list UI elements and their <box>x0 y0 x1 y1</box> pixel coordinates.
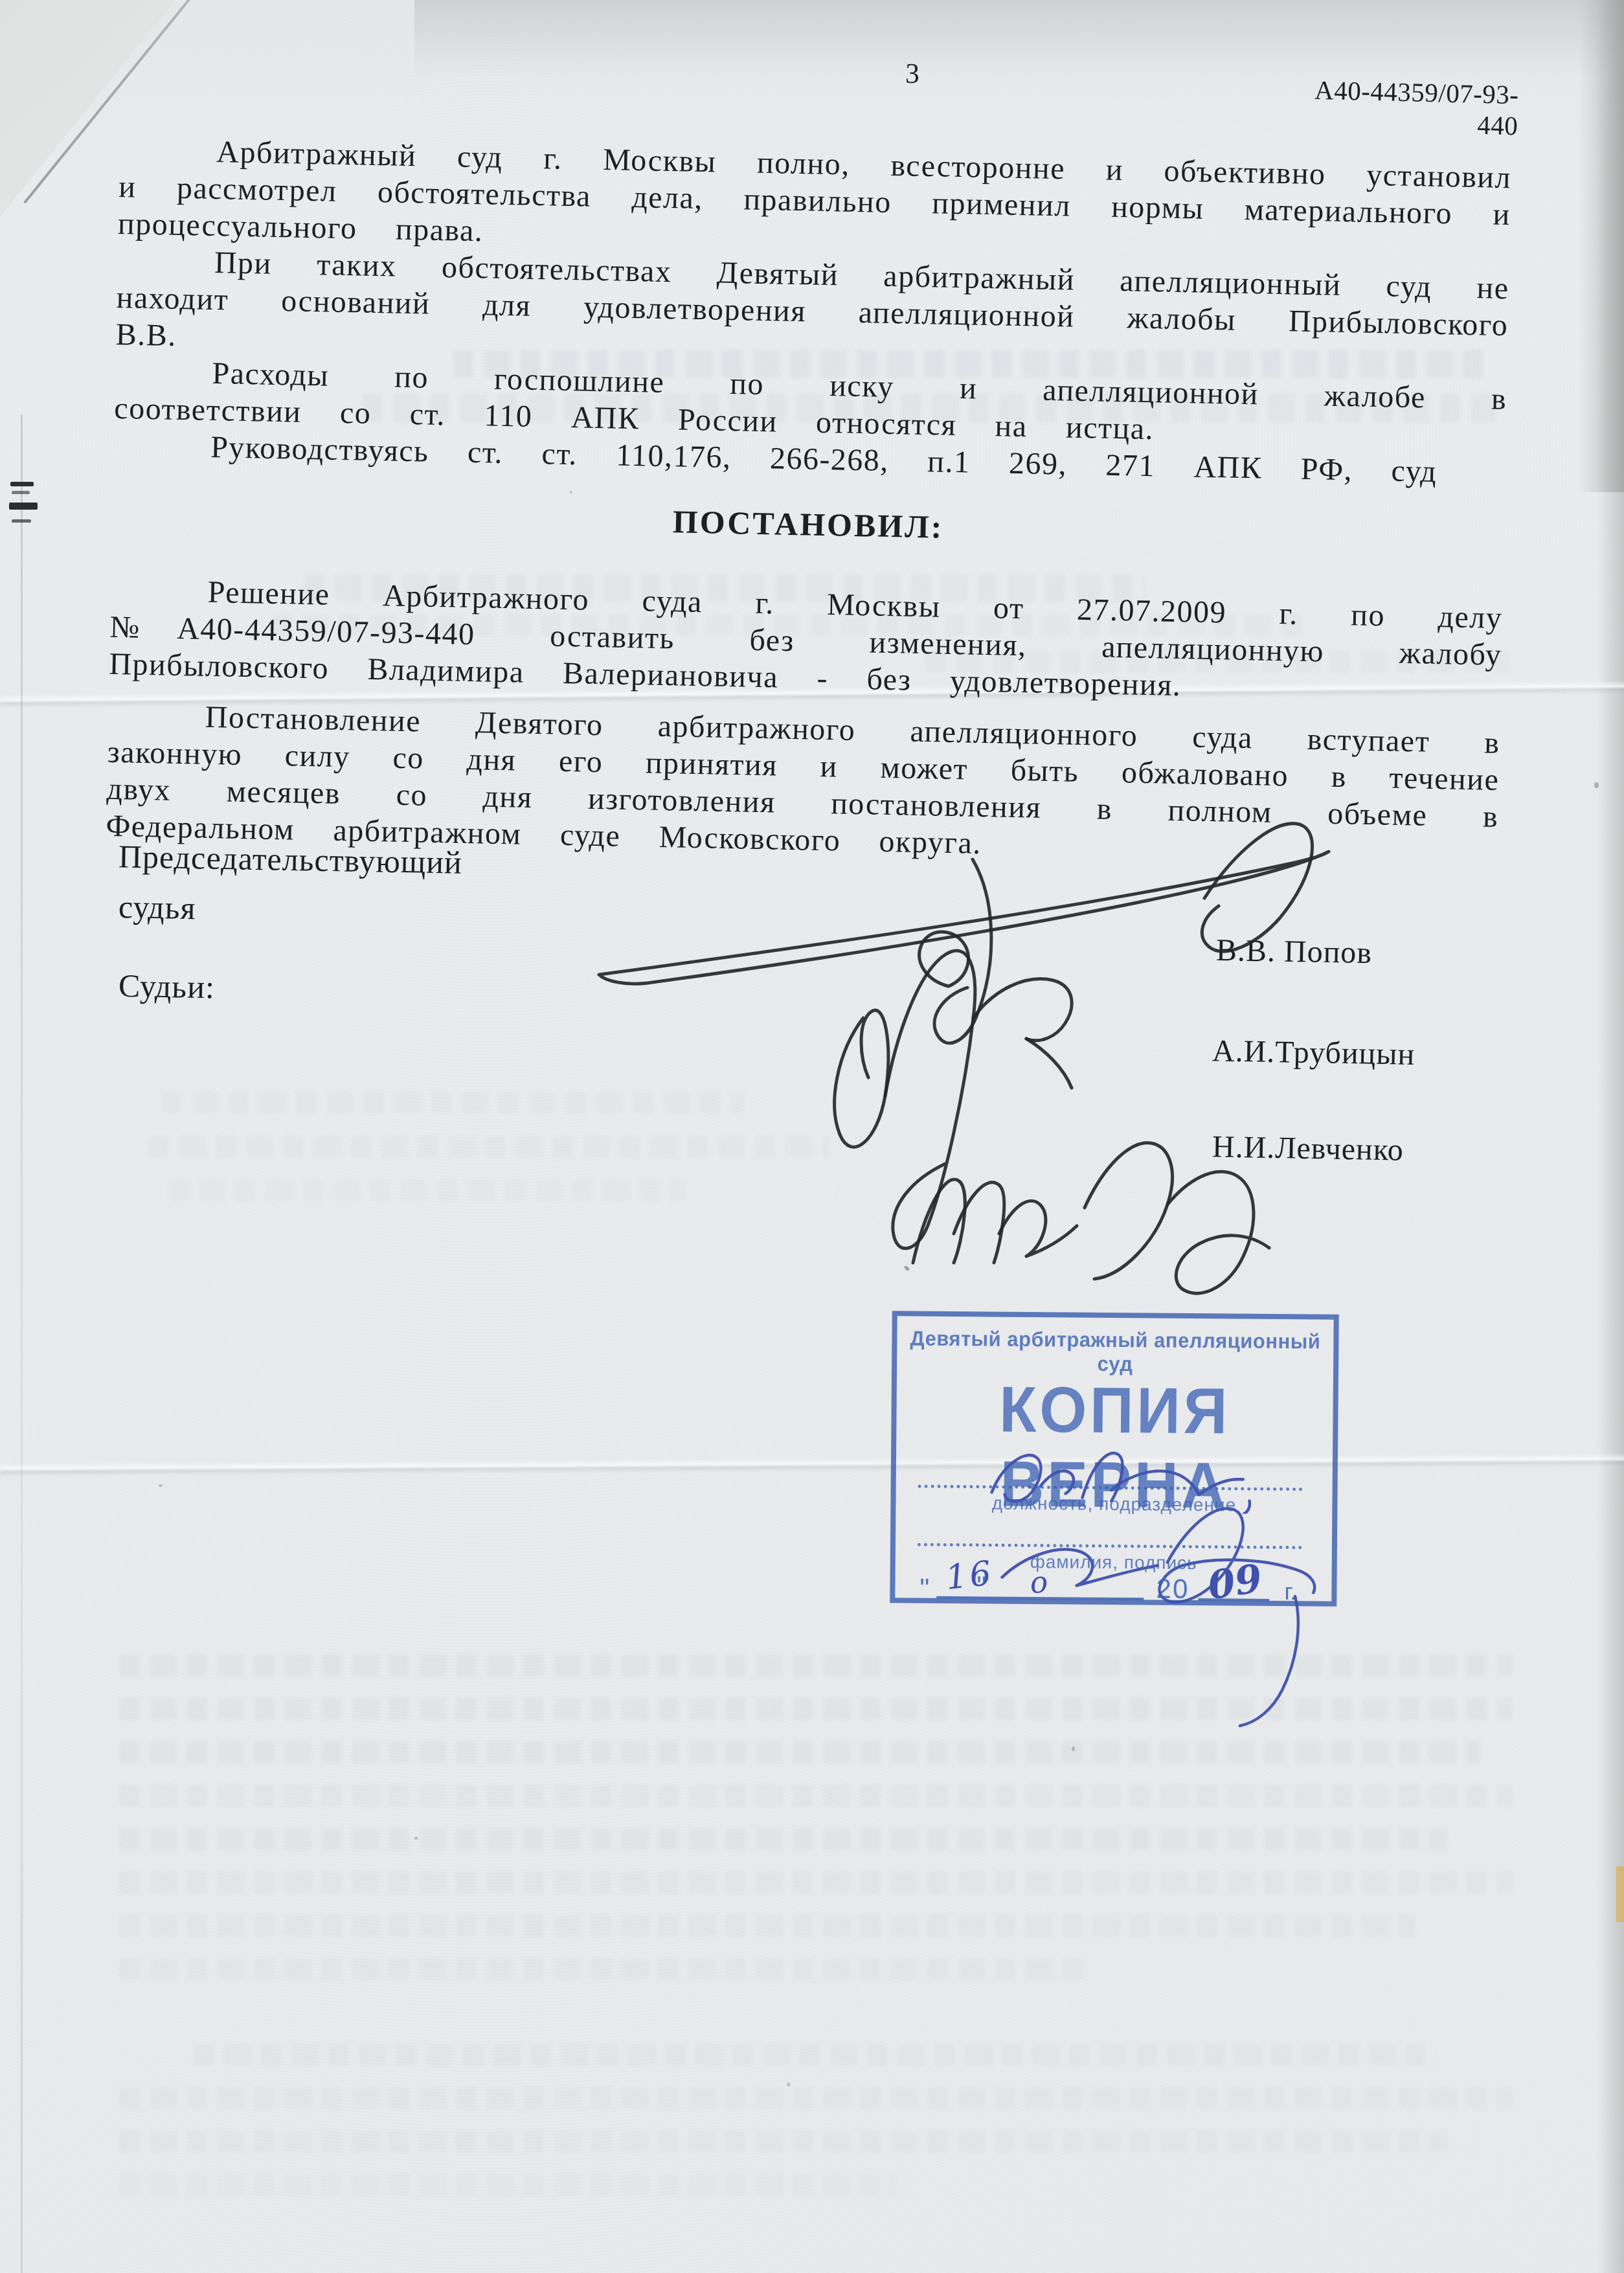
document-body: Арбитражный суд г. Москвы полно, всестор… <box>106 131 1512 872</box>
bleed-through-line <box>120 1872 1512 1894</box>
margin-pen-mark <box>10 482 34 486</box>
page-number: 3 <box>905 57 920 90</box>
copy-certification-stamp: Девятый арбитражный апелляционный суд КО… <box>890 1311 1339 1606</box>
scan-speck <box>159 1484 163 1487</box>
stamp-handwritten-day: 16 <box>943 1554 996 1598</box>
presiding-judge-label-line1: Председательствующий <box>118 837 463 881</box>
bleed-through-line <box>149 1136 829 1158</box>
bleed-through-line <box>194 2044 1425 2066</box>
paragraph: Решение Арбитражного суда г. Москвы от 2… <box>109 572 1503 710</box>
signature-levchenko <box>897 1124 1285 1311</box>
scanned-court-document-page: 3 А40-44359/07-93-440 Арбитражный суд г.… <box>0 0 1624 2273</box>
fold-crease-lower <box>0 1453 1624 1476</box>
margin-pen-mark <box>9 503 38 510</box>
stamp-date-underline <box>936 1596 1144 1601</box>
vertical-crease <box>21 414 23 2273</box>
bleed-through-line <box>120 1741 1480 1763</box>
margin-pen-mark <box>12 519 31 523</box>
bleed-through-line <box>162 1092 745 1114</box>
bleed-through-line <box>120 1828 1447 1850</box>
resolution-heading: ПОСТАНОВИЛ: <box>112 492 1505 557</box>
bleed-through-line <box>120 2131 1447 2153</box>
stamp-ink-tail <box>1211 1593 1327 1736</box>
judges-label: Судьи: <box>118 967 215 1006</box>
edge-discoloration <box>1616 1866 1624 1922</box>
right-paper-edge-top <box>1579 0 1624 492</box>
top-edge-shadow <box>414 0 1624 78</box>
stamp-court-name: Девятый арбитражный апелляционный суд <box>903 1326 1327 1377</box>
stamp-open-quote: " <box>919 1573 929 1604</box>
bleed-through-line <box>120 1958 1091 1980</box>
bleed-through-line <box>120 1915 1415 1937</box>
presiding-judge-label-line2: судья <box>118 888 196 927</box>
bleed-through-line <box>168 1180 686 1202</box>
bleed-through-line <box>120 2174 897 2196</box>
stamp-year-prefix: 20 <box>1156 1574 1190 1605</box>
stamp-handwritten-month: о <box>1028 1564 1049 1600</box>
scan-speck <box>787 2083 791 2086</box>
bleed-through-line <box>120 1785 1512 1807</box>
bleed-through-line <box>120 2087 1512 2109</box>
case-number: А40-44359/07-93-440 <box>1285 74 1519 142</box>
margin-pen-mark <box>12 491 30 494</box>
scan-speck <box>1594 782 1599 788</box>
